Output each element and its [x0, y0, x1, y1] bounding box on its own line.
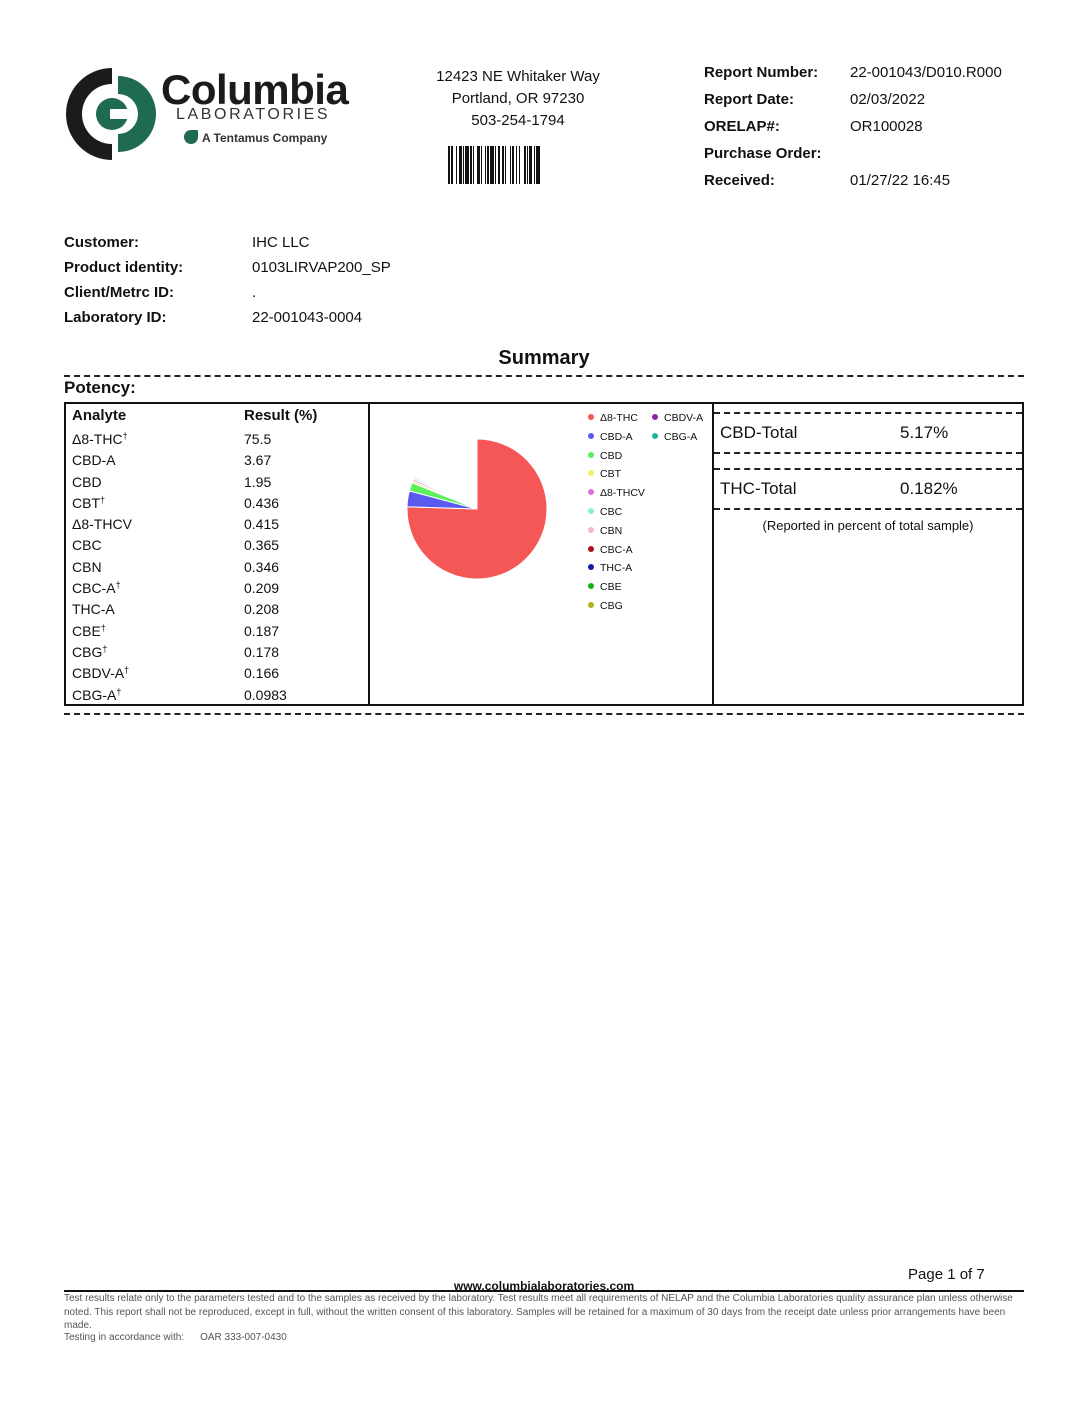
analyte-result: 1.95 [244, 474, 271, 490]
field-label: Purchase Order: [704, 145, 822, 162]
field-label: Report Date: [704, 91, 794, 108]
analyte-result: 0.187 [244, 623, 279, 639]
legend-swatch-icon [652, 433, 658, 439]
legend-item: CBD-A [588, 431, 633, 445]
analyte-row: CBC-A†0.209 [66, 578, 368, 599]
field-label: Customer: [64, 234, 139, 251]
legend-swatch-icon [588, 470, 594, 476]
legend-item: CBC [588, 506, 622, 520]
analyte-name-text: CBDV-A [72, 665, 124, 681]
summary-title: Summary [0, 347, 1088, 370]
field-label: Report Number: [704, 64, 818, 81]
potency-label: Potency: [64, 378, 136, 398]
field-value: 02/03/2022 [850, 91, 925, 108]
analyte-name: CBN [72, 559, 102, 575]
testing-standard: Testing in accordance with:OAR 333-007-0… [64, 1332, 287, 1343]
columbia-c-logo-icon [66, 64, 158, 164]
total-value: 5.17% [900, 423, 948, 443]
analyte-name: Δ8-THC† [72, 431, 128, 447]
field-label: Received: [704, 172, 775, 189]
analyte-row: CBC0.365 [66, 535, 368, 556]
pie-chart [406, 438, 548, 580]
legend-label: CBC [600, 506, 622, 518]
legend-item: THC-A [588, 562, 632, 576]
analyte-name: CBDV-A† [72, 665, 129, 681]
address-line1: 12423 NE Whitaker Way [420, 66, 616, 88]
analyte-name-text: THC-A [72, 601, 115, 617]
analyte-result: 0.436 [244, 495, 279, 511]
analyte-name: THC-A [72, 601, 115, 617]
field-value: IHC LLC [252, 234, 310, 251]
divider [64, 713, 1024, 715]
legend-item: Δ8-THCV [588, 487, 645, 501]
total-label: CBD-Total [720, 423, 797, 443]
total-value: 0.182% [900, 479, 958, 499]
legend-item: CBE [588, 581, 622, 595]
lab-subtitle: LABORATORIES [176, 106, 330, 124]
totals-panel: CBD-Total 5.17% THC-Total 0.182% (Report… [714, 404, 1022, 704]
analyte-name: CBD-A [72, 452, 116, 468]
legend-label: CBC-A [600, 544, 633, 556]
analyte-name-text: Δ8-THC [72, 431, 123, 447]
dagger-mark: † [123, 431, 128, 441]
totals-note: (Reported in percent of total sample) [714, 518, 1022, 533]
analyte-name-text: CBC [72, 537, 102, 553]
analyte-result: 0.415 [244, 516, 279, 532]
legend-swatch-icon [588, 489, 594, 495]
legend-item: CBG-A [652, 431, 697, 445]
field-value: 0103LIRVAP200_SP [252, 259, 391, 276]
legend-label: CBG [600, 600, 623, 612]
analyte-name-text: CBG [72, 644, 102, 660]
dagger-mark: † [116, 580, 121, 590]
lab-tagline-text: A Tentamus Company [202, 131, 327, 145]
analyte-name-text: CBC-A [72, 580, 116, 596]
legend-label: Δ8-THCV [600, 487, 645, 499]
legend-label: THC-A [600, 562, 632, 574]
analyte-result: 0.208 [244, 601, 279, 617]
legend-label: CBDV-A [664, 412, 703, 424]
legend-swatch-icon [588, 527, 594, 533]
field-label: ORELAP#: [704, 118, 780, 135]
tentamus-leaf-icon [184, 130, 198, 144]
footer-disclaimer: Test results relate only to the paramete… [64, 1292, 1024, 1333]
legend-label: Δ8-THC [600, 412, 638, 424]
lab-logo: Columbia LABORATORIES A Tentamus Company [66, 64, 356, 164]
analyte-name: Δ8-THCV [72, 516, 132, 532]
potency-box: Analyte Result (%) Δ8-THC†75.5CBD-A3.67C… [64, 402, 1024, 706]
analyte-name: CBG-A† [72, 687, 121, 703]
analyte-name-text: CBT [72, 495, 100, 511]
field-label: Laboratory ID: [64, 309, 167, 326]
legend-swatch-icon [588, 508, 594, 514]
field-label: Product identity: [64, 259, 183, 276]
analyte-row: CBD-A3.67 [66, 450, 368, 471]
field-value: . [252, 284, 256, 301]
result-header: Result (%) [244, 407, 317, 424]
legend-item: CBD [588, 450, 622, 464]
lab-phone: 503-254-1794 [420, 110, 616, 132]
analyte-row: CBN0.346 [66, 557, 368, 578]
analyte-row: CBT†0.436 [66, 493, 368, 514]
legend-item: CBG [588, 600, 623, 614]
analyte-result: 0.178 [244, 644, 279, 660]
legend-swatch-icon [588, 433, 594, 439]
legend-swatch-icon [588, 414, 594, 420]
dagger-mark: † [102, 644, 107, 654]
analyte-row: CBG†0.178 [66, 642, 368, 663]
field-value: OR100028 [850, 118, 923, 135]
address-line2: Portland, OR 97230 [420, 88, 616, 110]
analyte-name-text: CBD-A [72, 452, 116, 468]
legend-item: CBT [588, 468, 621, 482]
analyte-name: CBG† [72, 644, 107, 660]
barcode [448, 146, 570, 184]
divider [714, 452, 1022, 454]
dagger-mark: † [100, 495, 105, 505]
legend-label: CBG-A [664, 431, 697, 443]
legend-label: CBD-A [600, 431, 633, 443]
legend-swatch-icon [588, 583, 594, 589]
lab-tagline: A Tentamus Company [184, 130, 327, 145]
legend-label: CBE [600, 581, 622, 593]
dagger-mark: † [101, 623, 106, 633]
analyte-header: Analyte [72, 407, 126, 424]
analyte-row: CBE†0.187 [66, 621, 368, 642]
analyte-row: CBG-A†0.0983 [66, 685, 368, 706]
legend-swatch-icon [588, 602, 594, 608]
analyte-name: CBC-A† [72, 580, 121, 596]
legend-item: CBDV-A [652, 412, 703, 426]
legend-item: CBC-A [588, 544, 633, 558]
field-value: 22-001043-0004 [252, 309, 362, 326]
analyte-name-text: CBD [72, 474, 102, 490]
legend-swatch-icon [652, 414, 658, 420]
total-row-cbd: CBD-Total 5.17% [720, 423, 1020, 447]
analyte-name-text: Δ8-THCV [72, 516, 132, 532]
legend-swatch-icon [588, 452, 594, 458]
legend-item: Δ8-THC [588, 412, 638, 426]
analyte-row: Δ8-THCV0.415 [66, 514, 368, 535]
analyte-table: Analyte Result (%) Δ8-THC†75.5CBD-A3.67C… [66, 404, 370, 704]
testing-value: OAR 333-007-0430 [200, 1332, 287, 1343]
analyte-table-header: Analyte Result (%) [66, 407, 368, 429]
analyte-result: 0.365 [244, 537, 279, 553]
legend-label: CBD [600, 450, 622, 462]
analyte-row: CBDV-A†0.166 [66, 663, 368, 684]
analyte-name-text: CBG-A [72, 687, 116, 703]
analyte-name: CBE† [72, 623, 106, 639]
analyte-result: 0.0983 [244, 687, 287, 703]
dagger-mark: † [116, 687, 121, 697]
analyte-row: THC-A0.208 [66, 599, 368, 620]
analyte-result: 0.166 [244, 665, 279, 681]
analyte-result: 75.5 [244, 431, 271, 447]
analyte-name: CBD [72, 474, 102, 490]
legend-swatch-icon [588, 564, 594, 570]
field-value: 01/27/22 16:45 [850, 172, 950, 189]
legend-swatch-icon [588, 546, 594, 552]
legend-item: CBN [588, 525, 622, 539]
analyte-result: 0.346 [244, 559, 279, 575]
total-label: THC-Total [720, 479, 797, 499]
analyte-row: CBD1.95 [66, 472, 368, 493]
analyte-name: CBT† [72, 495, 105, 511]
total-row-thc: THC-Total 0.182% [720, 479, 1020, 503]
field-value: 22-001043/D010.R000 [850, 64, 1002, 81]
analyte-row: Δ8-THC†75.5 [66, 429, 368, 450]
divider [64, 375, 1024, 377]
lab-address: 12423 NE Whitaker Way Portland, OR 97230… [420, 66, 616, 132]
analyte-result: 0.209 [244, 580, 279, 596]
dagger-mark: † [124, 665, 129, 675]
legend-label: CBN [600, 525, 622, 537]
divider [714, 412, 1022, 414]
analyte-name-text: CBN [72, 559, 102, 575]
analyte-name: CBC [72, 537, 102, 553]
testing-label: Testing in accordance with: [64, 1332, 184, 1343]
divider [714, 508, 1022, 510]
field-label: Client/Metrc ID: [64, 284, 174, 301]
divider [714, 468, 1022, 470]
analyte-result: 3.67 [244, 452, 271, 468]
potency-pie-chart: Δ8-THCCBD-ACBDCBTΔ8-THCVCBCCBNCBC-ATHC-A… [370, 404, 714, 704]
analyte-name-text: CBE [72, 623, 101, 639]
legend-label: CBT [600, 468, 621, 480]
